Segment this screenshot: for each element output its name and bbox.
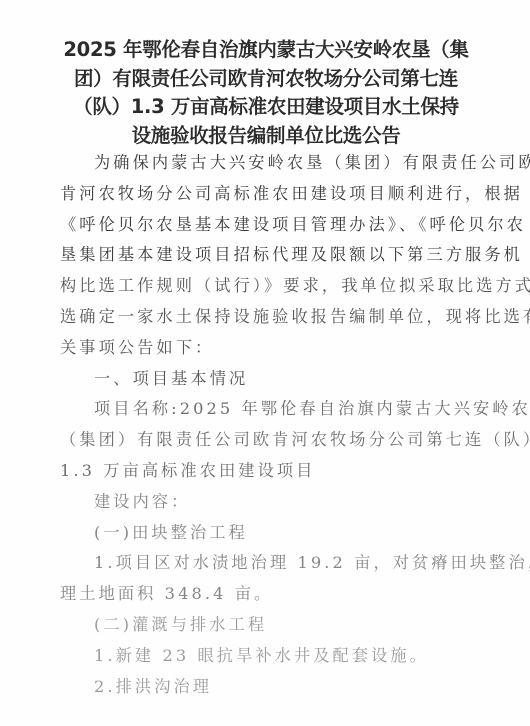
announcement-title: 2025 年鄂伦春自治旗内蒙古大兴安岭农垦（集 团）有限责任公司欧肯河农牧场分公… <box>60 36 472 150</box>
project-name-line: 1.3 万亩高标准农田建设项目 <box>60 456 474 487</box>
part2-item: 1.新建 23 眼抗旱补水井及配套设施。 <box>60 641 474 672</box>
project-name-line: 项目名称:2025 年鄂伦春自治旗内蒙古大兴安岭农垦 <box>60 394 474 425</box>
part1-item-line: 理土地面积 348.4 亩。 <box>60 579 474 610</box>
title-line: （队）1.3 万亩高标准农田建设项目水土保持 <box>60 93 472 122</box>
title-line: 2025 年鄂伦春自治旗内蒙古大兴安岭农垦（集 <box>60 36 472 65</box>
part2-heading: (二)灌溉与排水工程 <box>60 610 474 641</box>
intro-paragraph-line: 为确保内蒙古大兴安岭农垦（集团）有限责任公司欧 <box>60 148 474 179</box>
part2-item: 2.排洪沟治理 <box>60 672 474 703</box>
intro-paragraph-line: 《呼伦贝尔农垦基本建设项目管理办法》、《呼伦贝尔农 <box>60 210 474 241</box>
project-name-line: （集团）有限责任公司欧肯河农牧场分公司第七连（队） <box>60 425 474 456</box>
construction-label: 建设内容： <box>60 487 474 518</box>
document-body: 为确保内蒙古大兴安岭农垦（集团）有限责任公司欧 肯河农牧场分公司高标准农田建设项… <box>60 148 474 702</box>
intro-paragraph-line: 肯河农牧场分公司高标准农田建设项目顺利进行，根据 <box>60 179 474 210</box>
section-heading: 一、项目基本情况 <box>60 364 474 395</box>
title-line: 团）有限责任公司欧肯河农牧场分公司第七连 <box>60 65 472 94</box>
intro-paragraph-line: 选确定一家水土保持设施验收报告编制单位，现将比选有 <box>60 302 474 333</box>
intro-paragraph-line: 垦集团基本建设项目招标代理及限额以下第三方服务机 <box>60 240 474 271</box>
document-page: 2025 年鄂伦春自治旗内蒙古大兴安岭农垦（集 团）有限责任公司欧肯河农牧场分公… <box>0 0 530 726</box>
title-line: 设施验收报告编制单位比选公告 <box>60 122 472 151</box>
intro-paragraph-line: 构比选工作规则（试行）》要求，我单位拟采取比选方式 <box>60 271 474 302</box>
part1-heading: (一)田块整治工程 <box>60 518 474 549</box>
part1-item-line: 1.项目区对水渍地治理 19.2 亩，对贫瘠田块整治，整 <box>60 548 474 579</box>
intro-paragraph-line: 关事项公告如下： <box>60 333 474 364</box>
